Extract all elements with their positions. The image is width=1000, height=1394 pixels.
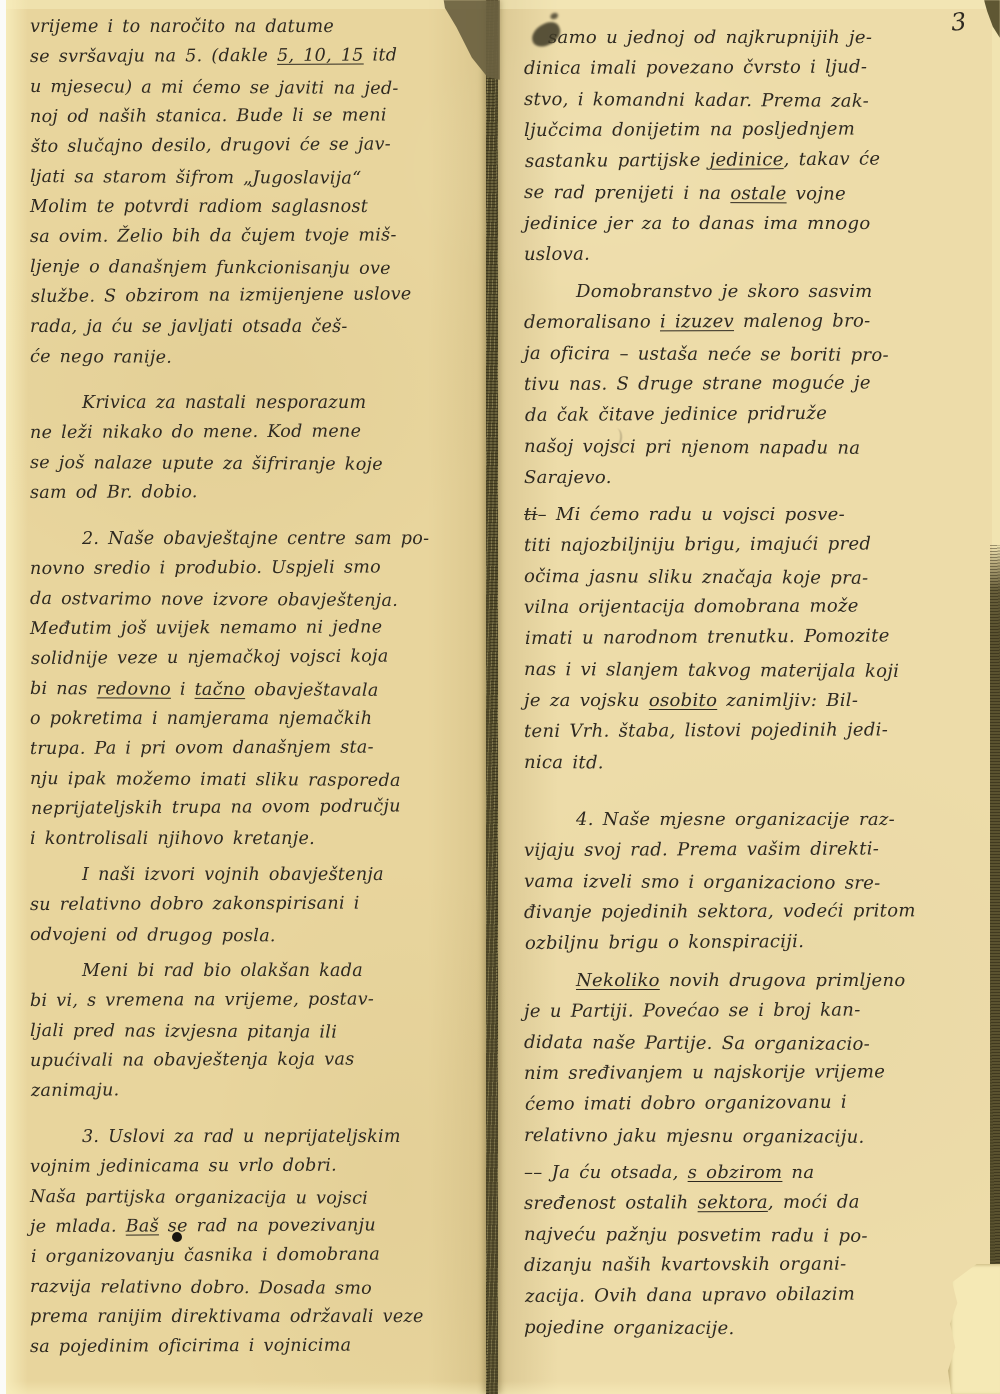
handwritten-line: Nekoliko novih drugova primljeno — [524, 965, 992, 996]
handwritten-line: Domobranstvo je skoro sasvim — [524, 276, 992, 307]
handwritten-line: sa pojedinim oficirima i vojnicima — [30, 1330, 486, 1362]
handwritten-line: demoralisano i izuzev malenog bro- — [524, 305, 992, 338]
handwritten-line: je za vojsku osobito zanimljiv: Bil- — [524, 685, 992, 716]
right-edge-shadow — [990, 545, 1000, 1287]
handwritten-line: trupa. Pa i pri ovom današnjem sta- — [30, 732, 486, 764]
handwritten-line: ćemo imati dobro organizovanu i — [525, 1086, 993, 1120]
handwritten-line: službe. S obzirom na izmijenjene uslove — [31, 279, 487, 312]
torn-paper-corner — [948, 1264, 1000, 1394]
handwritten-line: Molim te potvrdi radiom saglasnost — [30, 192, 486, 222]
handwritten-line: što slučajno desilo, drugovi će se jav- — [31, 129, 487, 162]
handwritten-line: se svršavaju na 5. (dakle 5, 10, 15 itd — [30, 40, 486, 72]
ink-blot — [172, 1232, 182, 1242]
handwritten-line: će nego ranije. — [30, 342, 486, 374]
handwritten-line: pojedine organizacije. — [524, 1312, 992, 1345]
handwritten-line: prema ranijim direktivama održavali veze — [30, 1302, 486, 1332]
handwritten-line: vojnim jedinicama su vrlo dobri. — [30, 1150, 486, 1182]
handwritten-line: sa ovim. Želio bih da čujem tvoje miš- — [30, 220, 486, 252]
handwritten-line: vijaju svoj rad. Prema vašim direkti- — [524, 833, 992, 866]
handwritten-line: je mlada. Baš se rad na povezivanju — [30, 1210, 486, 1242]
handwritten-line: su relativno dobro zakonspirisani i — [30, 888, 486, 920]
handwritten-line: neprijateljskih trupa na ovom području — [31, 791, 487, 824]
handwritten-line: zacija. Ovih dana upravo obilazim — [525, 1278, 993, 1312]
handwritten-line: nica itd. — [524, 747, 992, 780]
handwritten-line: –– Ja ću otsada, s obzirom na — [524, 1157, 992, 1188]
paragraph: –– Ja ću otsada, s obzirom nasređenost o… — [524, 1157, 992, 1343]
handwritten-line: ne leži nikako do mene. Kod mene — [30, 416, 486, 448]
handwritten-line: Međutim još uvijek nemamo ni jedne — [30, 612, 486, 644]
paragraph: ti– Mi ćemo radu u vojsci posve-titi naj… — [524, 499, 992, 778]
handwritten-line: jedinice jer za to danas ima mnogo — [524, 208, 992, 239]
handwritten-line: da čak čitave jedinice pridruže — [525, 397, 993, 431]
handwritten-line: bi nas redovno i tačno obavještavala — [30, 674, 486, 706]
paragraph: Domobranstvo je skoro sasvimdemoralisano… — [524, 276, 992, 493]
handwritten-line: i kontrolisali njihovo kretanje. — [30, 824, 486, 854]
handwritten-line: teni Vrh. štaba, listovi pojedinih jedi- — [524, 714, 992, 747]
handwritten-line: sređenost ostalih sektora, moći da — [524, 1186, 992, 1219]
handwritten-line: zanimaju. — [31, 1073, 487, 1106]
handwritten-line: dizanju naših kvartovskih organi- — [524, 1248, 992, 1281]
handwritten-line: Sarajevo. — [524, 462, 992, 493]
handwritten-line: upućivali na obavještenja koja vas — [30, 1044, 486, 1076]
handwritten-line: je u Partiji. Povećao se i broj kan- — [524, 994, 992, 1027]
page-left-edge — [6, 0, 28, 1394]
paragraph: I naši izvori vojnih obavještenjasu rela… — [30, 860, 486, 950]
handwritten-line: I naši izvori vojnih obavještenja — [30, 860, 486, 890]
handwritten-line: se rad prenijeti i na ostale vojne — [524, 177, 992, 210]
handwritten-line: vilna orijentacija domobrana može — [524, 590, 992, 623]
handwritten-line: nim sređivanjem u najskorije vrijeme — [524, 1056, 992, 1089]
handwritten-line: 2. Naše obavještajne centre sam po- — [30, 524, 486, 554]
handwritten-line: vrijeme i to naročito na datume — [30, 12, 486, 42]
handwritten-line: ozbiljnu brigu o konspiraciji. — [525, 925, 993, 959]
scan-background-edge — [0, 0, 6, 1394]
handwritten-column-right: samo u jednoj od najkrupnijih je-dinica … — [524, 22, 992, 1343]
handwritten-line: ljučcima donijetim na posljednjem — [524, 113, 992, 146]
handwritten-line: o pokretima i namjerama njemačkih — [30, 704, 486, 734]
paragraph: 4. Naše mjesne organizacije raz-vijaju s… — [524, 804, 992, 959]
handwritten-line: nas i vi slanjem takvog materijala koji — [524, 654, 992, 687]
handwritten-line: ljati sa starom šifrom „Jugoslavija“ — [30, 162, 486, 194]
paragraph: 3. Uslovi za rad u neprijateljskimvojnim… — [30, 1122, 486, 1362]
page-bottom-edge — [0, 1381, 1000, 1394]
handwritten-line: odvojeni od drugog posla. — [30, 920, 486, 952]
scanned-document-page: 3 vrijeme i to naročito na datumese svrš… — [0, 0, 1000, 1394]
handwritten-line: Krivica za nastali nesporazum — [30, 388, 486, 418]
handwritten-line: titi najozbiljniju brigu, imajući pred — [524, 528, 992, 561]
handwritten-line: sam od Br. dobio. — [30, 476, 486, 508]
handwritten-line: našoj vojsci pri njenom napadu na — [524, 431, 992, 464]
handwritten-line: rada, ja ću se javljati otsada češ- — [30, 312, 486, 342]
handwritten-line: 3. Uslovi za rad u neprijateljskim — [30, 1122, 486, 1152]
page-right-edge — [992, 0, 1000, 560]
handwritten-line: tivu nas. S druge strane moguće je — [524, 367, 992, 400]
paragraph: Nekoliko novih drugova primljenoje u Par… — [524, 965, 992, 1151]
handwritten-line: bi vi, s vremena na vrijeme, postav- — [30, 984, 486, 1016]
paragraph: vrijeme i to naročito na datumese svršav… — [30, 12, 486, 372]
handwritten-column-left: vrijeme i to naročito na datumese svršav… — [30, 12, 486, 1362]
handwritten-line: noj od naših stanica. Bude li se meni — [30, 100, 486, 132]
page-top-edge — [0, 0, 1000, 9]
center-fold-shadow — [486, 0, 498, 1394]
handwritten-line: sastanku partijske jedinice, takav će — [525, 143, 993, 177]
handwritten-line: i organizovanju časnika i domobrana — [31, 1239, 487, 1272]
handwritten-line: imati u narodnom trenutku. Pomozite — [525, 620, 993, 654]
paragraph: Meni bi rad bio olakšan kadabi vi, s vre… — [30, 956, 486, 1106]
handwritten-line: dinica imali povezano čvrsto i ljud- — [524, 51, 992, 84]
paragraph: samo u jednoj od najkrupnijih je-dinica … — [524, 22, 992, 270]
handwritten-line: ti– Mi ćemo radu u vojsci posve- — [524, 499, 992, 530]
handwritten-line: đivanje pojedinih sektora, vodeći pritom — [524, 895, 992, 928]
handwritten-line: solidnije veze u njemačkoj vojsci koja — [31, 641, 487, 674]
handwritten-line: relativno jaku mjesnu organizaciju. — [524, 1120, 992, 1153]
handwritten-line: razvija relativno dobro. Dosada smo — [30, 1272, 486, 1304]
handwritten-line: uslova. — [524, 237, 992, 270]
handwritten-line: Meni bi rad bio olakšan kada — [30, 956, 486, 986]
paragraph: Krivica za nastali nesporazumne leži nik… — [30, 388, 486, 508]
paragraph: 2. Naše obavještajne centre sam po-novno… — [30, 524, 486, 854]
handwritten-line: 4. Naše mjesne organizacije raz- — [524, 804, 992, 835]
handwritten-line: samo u jednoj od najkrupnijih je- — [524, 22, 992, 53]
handwritten-line: novno sredio i produbio. Uspjeli smo — [30, 552, 486, 584]
